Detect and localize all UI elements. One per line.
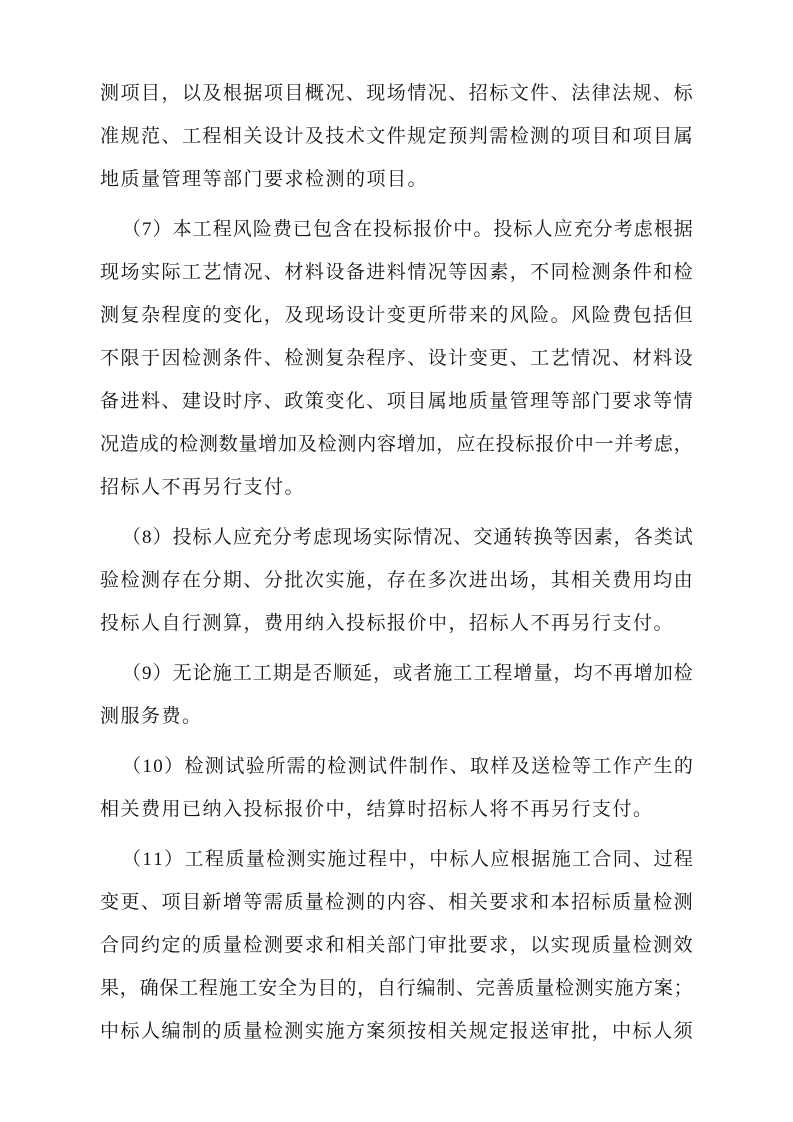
text-line: 合同约定的质量检测要求和相关部门审批要求，以实现质量检测效 (100, 924, 693, 967)
text-line: 准规范、工程相关设计及技术文件规定预判需检测的项目和项目属 (100, 115, 693, 158)
text-line: 备进料、建设时序、政策变化、项目属地质量管理等部门要求等情 (100, 380, 693, 423)
paragraph: 测项目，以及根据项目概况、现场情况、招标文件、法律法规、标准规范、工程相关设计及… (100, 72, 693, 201)
text-line: 变更、项目新增等需质量检测的内容、相关要求和本招标质量检测 (100, 881, 693, 924)
text-line: 中标人编制的质量检测实施方案须按相关规定报送审批，中标人须 (100, 1010, 693, 1053)
paragraph: （7）本工程风险费已包含在投标报价中。投标人应充分考虑根据现场实际工艺情况、材料… (100, 208, 693, 509)
text-line: （9）无论施工工期是否顺延，或者施工工程增量，均不再增加检 (100, 652, 693, 695)
text-line: （8）投标人应充分考虑现场实际情况、交通转换等因素，各类试 (100, 516, 693, 559)
paragraph: （9）无论施工工期是否顺延，或者施工工程增量，均不再增加检测服务费。 (100, 652, 693, 738)
text-line: 测服务费。 (100, 695, 693, 738)
text-line: 测复杂程度的变化，及现场设计变更所带来的风险。风险费包括但 (100, 294, 693, 337)
text-line: （11）工程质量检测实施过程中，中标人应根据施工合同、过程 (100, 838, 693, 881)
document-page: 测项目，以及根据项目概况、现场情况、招标文件、法律法规、标准规范、工程相关设计及… (0, 0, 793, 1122)
paragraph: （11）工程质量检测实施过程中，中标人应根据施工合同、过程变更、项目新增等需质量… (100, 838, 693, 1053)
text-line: 验检测存在分期、分批次实施，存在多次进出场，其相关费用均由 (100, 559, 693, 602)
text-line: 况造成的检测数量增加及检测内容增加，应在投标报价中一并考虑， (100, 423, 693, 466)
text-line: （7）本工程风险费已包含在投标报价中。投标人应充分考虑根据 (100, 208, 693, 251)
text-line: 果，确保工程施工安全为目的，自行编制、完善质量检测实施方案； (100, 967, 693, 1010)
text-line: 招标人不再另行支付。 (100, 466, 693, 509)
text-line: 投标人自行测算，费用纳入投标报价中，招标人不再另行支付。 (100, 602, 693, 645)
text-line: 现场实际工艺情况、材料设备进料情况等因素，不同检测条件和检 (100, 251, 693, 294)
paragraph: （8）投标人应充分考虑现场实际情况、交通转换等因素，各类试验检测存在分期、分批次… (100, 516, 693, 645)
text-line: 相关费用已纳入投标报价中，结算时招标人将不再另行支付。 (100, 788, 693, 831)
text-line: 测项目，以及根据项目概况、现场情况、招标文件、法律法规、标 (100, 72, 693, 115)
document-body: 测项目，以及根据项目概况、现场情况、招标文件、法律法规、标准规范、工程相关设计及… (100, 72, 693, 1053)
text-line: 不限于因检测条件、检测复杂程序、设计变更、工艺情况、材料设 (100, 337, 693, 380)
text-line: 地质量管理等部门要求检测的项目。 (100, 158, 693, 201)
text-line: （10）检测试验所需的检测试件制作、取样及送检等工作产生的 (100, 745, 693, 788)
paragraph: （10）检测试验所需的检测试件制作、取样及送检等工作产生的相关费用已纳入投标报价… (100, 745, 693, 831)
